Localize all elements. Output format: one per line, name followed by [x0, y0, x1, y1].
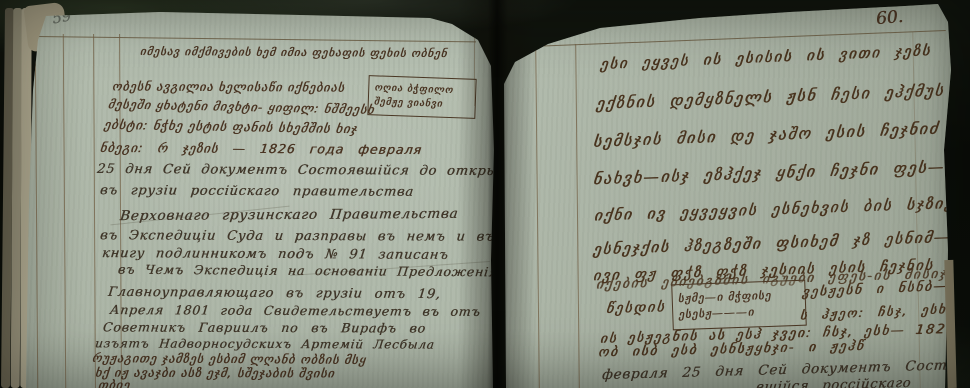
- margin-note-box-right: სჟმე—ი მჭფისე ესესჟ———ი: [671, 280, 807, 331]
- folio-number-right: 60.: [875, 7, 904, 29]
- text-line: სემსჯის მისი დე ჯაშო ესის ჩეჯნიძ: [592, 119, 940, 150]
- text-line: ნახვხ—ისჯ ეზჰქეჯ ყნქი ჩეჯნი ფეს—: [592, 158, 946, 188]
- text-line: въ Экспедиціи Суда и разправы въ немъ и …: [99, 228, 495, 244]
- column-rule: [63, 34, 66, 388]
- text-line: Апреля 1801 года Свидетельствуетъ въ отъ: [109, 302, 481, 319]
- text-line: ესნეჯქის ჰზეგზეში ფსიხემ ჯზ ესნიმ—: [592, 228, 952, 259]
- column-rule: [575, 44, 580, 388]
- text-line: ესესჟ———ი: [678, 303, 800, 323]
- text-line: ებსტი: ნჭხე ესტის ფანის სხემშის ხიჯ: [103, 117, 359, 136]
- text-line: ექზნის დემყზნელს ჟსნ ჩესი ეჰქმუს: [595, 81, 946, 112]
- text-line: იმესავ იმქმივების ხემ იმია ფეხაფის ფეხის…: [139, 45, 448, 60]
- header-rule: [36, 36, 476, 42]
- margin-note-box-left: ოღია ბჭფილო შემჟე ვიანვი: [367, 75, 476, 119]
- text-line: изъятъ Надворносудскихъ Артемій Лесбыла: [94, 336, 435, 351]
- text-line: მესეში ყხატენი მივხტი- ყიფილ: ნშმეესხ: [107, 97, 376, 117]
- column-rule: [535, 46, 540, 388]
- text-line: 25 дня Сей документъ Состоявшійся до отк…: [96, 162, 526, 179]
- text-line: შემჟე ვიანვი: [374, 95, 470, 112]
- text-line: Главноуправляющаго въ грузіи отъ 19,: [107, 285, 441, 302]
- text-line: რუჟაგითე ჯამზეს ესბიმ ლღანბ ობზის მსყ: [91, 351, 367, 367]
- text-line: თბიე: [97, 378, 131, 388]
- text-line: წესდის: [605, 299, 667, 317]
- text-line: ს ჰჟეო: ჩსჯ, ესხ—: [799, 300, 962, 322]
- text-line: Советникъ Гавриилъ по въ Вирафъ во: [102, 319, 427, 335]
- text-line: ობესნ ავგილია ხელისაწი იქნებიას: [111, 79, 345, 94]
- text-line: въ Чемъ Экспедиція на основаніи Предложе…: [117, 262, 499, 280]
- text-line: ესი ეყვეს ის ესისის ის ვითი ჯეზს: [599, 43, 932, 73]
- text-line: იქნი ივ ეყვეყვის ესნეხვის ბის სჯზიქი: [593, 194, 965, 225]
- text-line: ნბეგი: რ ჯეზის — 1826 года февраля: [99, 140, 423, 157]
- text-line: въ грузіи россійскаго правительства: [99, 183, 414, 200]
- manuscript-photo: 59 ოღია ბჭფილო შემჟე ვიანვი იმესავ იმქმი…: [0, 0, 970, 388]
- column-rule: [93, 34, 96, 388]
- text-line: Верховнаго грузинскаго Правительства: [119, 206, 459, 224]
- text-line: книгу подлинникомъ подъ № 91 записанъ: [101, 246, 449, 263]
- margin-rule: [35, 34, 38, 388]
